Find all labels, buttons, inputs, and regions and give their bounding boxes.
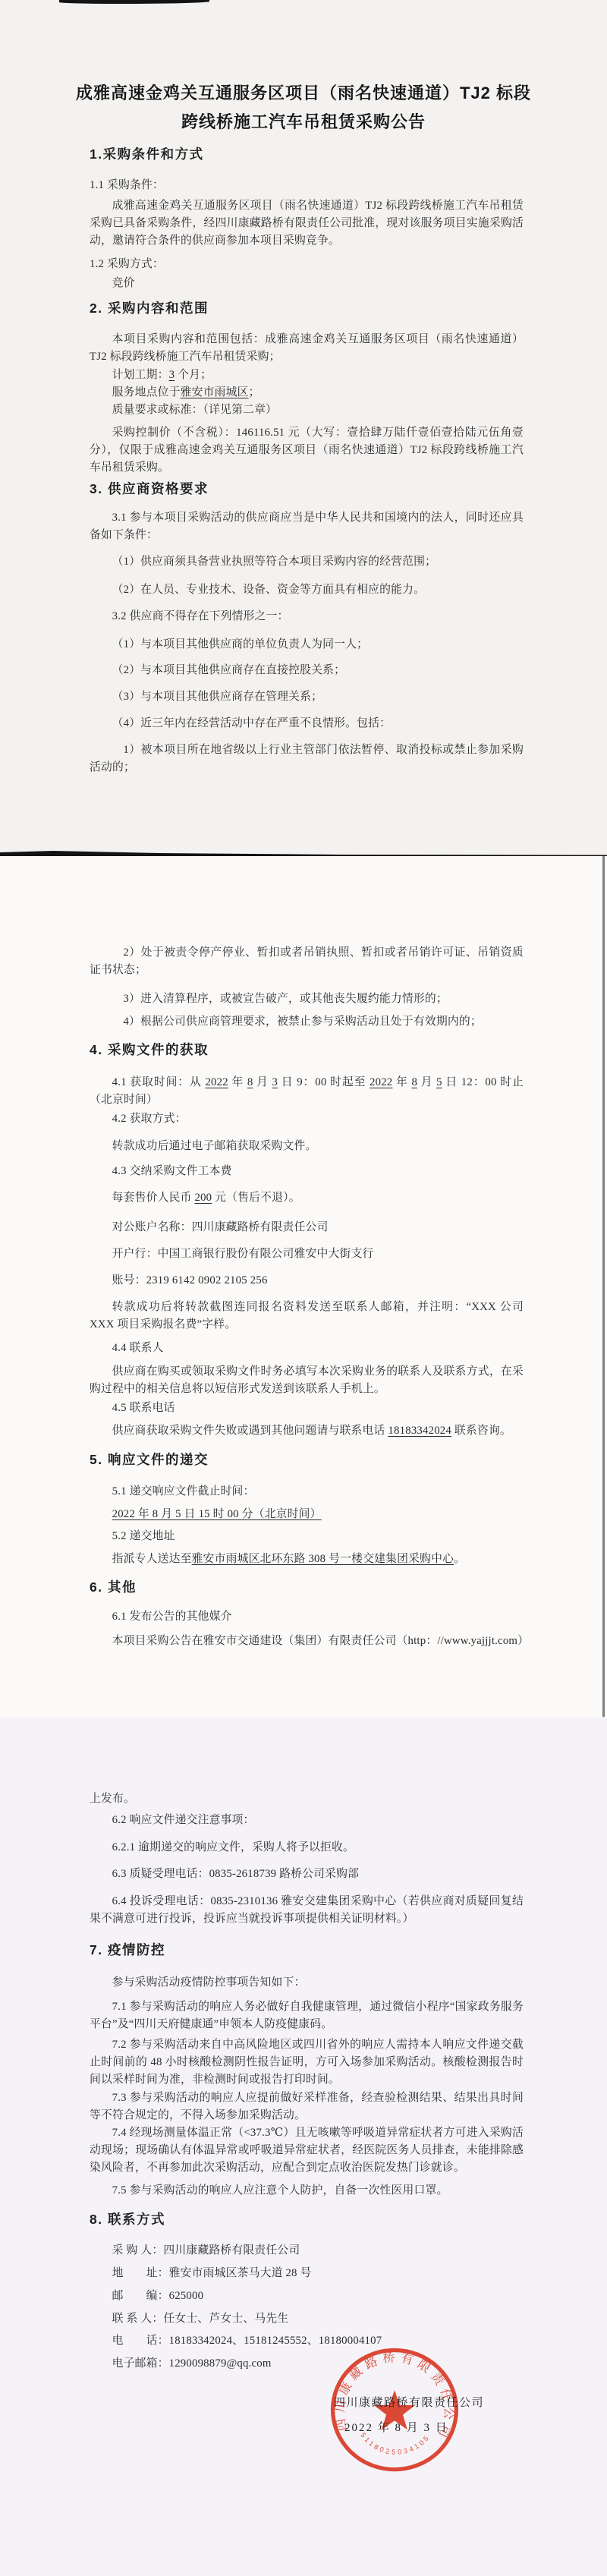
contact-person-paragraph: 供应商在购买或领取采购文件时务必填写本次采购业务的联系人及联系方式，在采购过程中… — [90, 1363, 524, 1398]
text-segment: 供应商获取采购文件失败或遇到其他问题请与联系电话 — [112, 1425, 388, 1437]
restriction-subitem: 2）处于被责令停产停业、暂扣或者吊销执照、暂扣或者吊销许可证、吊销资质证书状态； — [90, 944, 524, 979]
account-number-line: 账号：2319 6142 0902 2105 256 — [90, 1272, 524, 1290]
restriction-item: （1）与本项目其他供应商的单位负责人为同一人； — [90, 636, 524, 653]
deadline-line: 2022 年 8 月 5 日 15 时 00 分（北京时间） — [90, 1506, 524, 1523]
announcement-media-line: 本项目采购公告在雅安市交通建设（集团）有限责任公司（http：//www.yaj… — [90, 1633, 524, 1650]
section-4-4-label: 4.4 联系人 — [90, 1340, 524, 1357]
contact-row-postcode: 邮 编：625000 — [90, 2288, 524, 2305]
epidemic-item-7-3: 7.3 参与采购活动的响应人应提前做好采样准备，经查验检测结果、结果出具时间等不… — [90, 2089, 524, 2124]
signature-company: 四川康藏路桥有限责任公司 — [334, 2395, 484, 2411]
contact-label: 邮 编： — [112, 2290, 169, 2302]
planned-duration-line: 计划工期：3 个月； — [90, 367, 524, 384]
section-6-heading: 6. 其他 — [90, 1578, 545, 1596]
epidemic-item-7-2: 7.2 参与采购活动来自中高风险地区或四川省外的响应人需持本人响应文件递交截止时… — [90, 2036, 524, 2089]
restriction-subitem: 4）根据公司供应商管理要求，被禁止参与采购活动且处于有效期内的； — [90, 1013, 524, 1031]
contact-phone-line: 供应商获取采购文件失败或遇到其他问题请与联系电话 18183342024 联系咨… — [90, 1422, 524, 1440]
delivery-address-line: 指派专人送达至雅安市雨城区北环东路 308 号一楼交建集团采购中心。 — [90, 1551, 524, 1568]
contact-value: 任女士、芦女士、马先生 — [163, 2313, 288, 2325]
text-segment: 指派专人送达至 — [112, 1553, 192, 1565]
contact-value: 雅安市雨城区茶马大道 28 号 — [169, 2267, 312, 2279]
text-segment: 月 — [253, 1076, 272, 1088]
text-segment: 联系咨询。 — [451, 1425, 511, 1437]
text-segment: 8 — [411, 1076, 417, 1088]
contact-label: 电子邮箱： — [112, 2357, 169, 2370]
text-segment: 元（售后不退）。 — [212, 1192, 300, 1204]
section-5-heading: 5. 响应文件的递交 — [90, 1450, 545, 1469]
restriction-item: （4）近三年内在经营活动中存在严重不良情形。包括： — [90, 715, 524, 732]
text-segment: 18183342024 — [388, 1425, 451, 1437]
contact-label: 电 话： — [112, 2335, 169, 2347]
qualification-item: （1）供应商须具备营业执照等符合本项目采购内容的经营范围； — [90, 553, 524, 571]
contact-row-purchaser: 采 购 人：四川康藏路桥有限责任公司 — [90, 2242, 524, 2260]
obtain-method-line: 转款成功后通过电子邮箱获取采购文件。 — [90, 1138, 524, 1155]
text-segment: ； — [249, 386, 260, 398]
section-1-2-label: 1.2 采购方式： — [90, 256, 524, 273]
document-fee-line: 每套售价人民币 200 元（售后不退）。 — [90, 1189, 524, 1207]
doc-title-line-1: 成雅高速金鸡关互通服务区项目（雨名快速通道）TJ2 标段 — [0, 82, 607, 105]
quality-requirement-line: 质量要求或标准：（详见第二章） — [90, 402, 524, 419]
qualification-item: （2）在人员、专业技术、设备、资金等方面具有相应的能力。 — [90, 581, 524, 599]
text-segment: 每套售价人民币 — [112, 1192, 195, 1204]
continuation-line: 上发布。 — [90, 1790, 524, 1808]
epidemic-item-7-5: 7.5 参与采购活动的响应人应注意个人防护，自备一次性医用口罩。 — [90, 2182, 524, 2200]
section-6-2-1-line: 6.2.1 逾期递交的响应文件，采购人将予以拒收。 — [90, 1839, 524, 1856]
text-segment: 3 — [272, 1076, 278, 1088]
text-segment: 个月； — [175, 369, 212, 381]
section-4-5-label: 4.5 联系电话 — [90, 1400, 524, 1417]
signature-date: 2022 年 8 月 3 日 — [344, 2420, 448, 2436]
section-1-heading: 1.采购条件和方式 — [90, 145, 545, 163]
text-segment: 5 — [436, 1076, 442, 1088]
text-segment: 2022 — [370, 1076, 392, 1088]
inquiry-phone-line: 6.3 质疑受理电话：0835-2618739 路桥公司采购部 — [90, 1866, 524, 1883]
section-5-2-label: 5.2 递交地址 — [90, 1528, 524, 1545]
text-segment: 雅安市雨城区北环东路 308 号一楼交建集团采购中心 — [192, 1553, 454, 1565]
section-6-2-label: 6.2 响应文件递交注意事项： — [90, 1812, 524, 1829]
contact-value: 625000 — [169, 2290, 204, 2302]
contact-label: 地 址： — [112, 2267, 169, 2279]
restriction-subitem: 1）被本项目所在地省级以上行业主管部门依法暂停、取消投标或禁止参加采购活动的； — [90, 742, 524, 776]
section-5-1-label: 5.1 递交响应文件截止时间： — [90, 1483, 524, 1501]
text-segment: 月 — [417, 1076, 436, 1088]
complaint-phone-paragraph: 6.4 投诉受理电话：0835-2310136 雅安交建集团采购中心（若供应商对… — [90, 1893, 524, 1928]
section-8-heading: 8. 联系方式 — [90, 2210, 545, 2228]
contact-value: 四川康藏路桥有限责任公司 — [163, 2244, 300, 2256]
section-6-1-label: 6.1 发布公告的其他媒介 — [90, 1608, 524, 1626]
control-price-paragraph: 采购控制价（不含税）：146116.51 元（大写：壹拾肆万陆仟壹佰壹拾陆元伍角… — [90, 424, 524, 477]
text-segment: 年 — [392, 1076, 411, 1088]
section-4-3-label: 4.3 交纳采购文件工本费 — [90, 1163, 524, 1180]
text-segment: 雅安市雨城区 — [181, 386, 249, 398]
text-segment: 8 — [247, 1076, 253, 1088]
contact-label: 采 购 人： — [112, 2244, 164, 2256]
text-segment: 。 — [454, 1553, 465, 1565]
obtain-time-paragraph: 4.1 获取时间：从 2022 年 8 月 3 日 9：00 时起至 2022 … — [90, 1074, 524, 1109]
text-segment: 2022 年 8 月 5 日 15 时 00 分（北京时间） — [112, 1508, 322, 1520]
restriction-item: （3）与本项目其他供应商存在管理关系； — [90, 688, 524, 706]
section-3-heading: 3. 供应商资格要求 — [90, 480, 545, 498]
contact-row-person: 联 系 人：任女士、芦女士、马先生 — [90, 2310, 524, 2328]
section-2-heading: 2. 采购内容和范围 — [90, 299, 545, 317]
contact-value: 1290098879@qq.com — [169, 2357, 272, 2370]
section-4-heading: 4. 采购文件的获取 — [90, 1041, 545, 1059]
section-3-2-label: 3.2 供应商不得存在下列情形之一： — [90, 608, 524, 625]
transfer-note-paragraph: 转款成功后将转款截图连同报名资料发送至联系人邮箱，并注明：“XXX 公司 XXX… — [90, 1299, 524, 1334]
bank-line: 开户行：中国工商银行股份有限公司雅安中大街支行 — [90, 1245, 524, 1263]
section-1-1-paragraph: 成雅高速金鸡关互通服务区项目（雨名快速通道）TJ2 标段跨线桥施工汽车吊租赁采购… — [90, 197, 524, 250]
epidemic-intro-line: 参与采购活动疫情防控事项告知如下： — [90, 1974, 524, 1992]
contact-label: 联 系 人： — [112, 2313, 164, 2325]
text-segment: 2022 — [205, 1076, 228, 1088]
scope-paragraph: 本项目采购内容和范围包括：成雅高速金鸡关互通服务区项目（雨名快速通道）TJ2 标… — [90, 331, 524, 366]
account-name-line: 对公账户名称：四川康藏路桥有限责任公司 — [90, 1219, 524, 1236]
text-segment: 200 — [194, 1192, 212, 1204]
doc-title-line-2: 跨线桥施工汽车吊租赁采购公告 — [0, 111, 607, 134]
text-segment: 服务地点位于 — [112, 386, 181, 398]
section-4-2-label: 4.2 获取方式： — [90, 1110, 524, 1128]
procurement-method-value: 竞价 — [90, 275, 524, 292]
text-segment: 年 — [228, 1076, 247, 1088]
text-segment: 日 9：00 时起至 — [278, 1076, 370, 1088]
restriction-item: （2）与本项目其他供应商存在直接控股关系； — [90, 662, 524, 679]
service-location-line: 服务地点位于雅安市雨城区； — [90, 384, 524, 402]
epidemic-item-7-4: 7.4 经现场测量体温正常（<37.3℃）且无咳嗽等呼吸道异常症状者方可进入采购… — [90, 2124, 524, 2177]
text-segment: 4.1 获取时间：从 — [112, 1076, 206, 1088]
scanned-document: 成雅高速金鸡关互通服务区项目（雨名快速通道）TJ2 标段 跨线桥施工汽车吊租赁采… — [0, 0, 607, 2576]
epidemic-item-7-1: 7.1 参与采购活动的响应人务必做好自我健康管理，通过微信小程序“国家政务服务平… — [90, 1998, 524, 2033]
contact-row-address: 地 址：雅安市雨城区茶马大道 28 号 — [90, 2265, 524, 2282]
company-seal: 四川康藏路桥有限责任公司 5118025034105 — [326, 2344, 464, 2477]
section-7-heading: 7. 疫情防控 — [90, 1941, 545, 1959]
text-segment: 计划工期： — [112, 369, 169, 381]
section-1-1-label: 1.1 采购条件： — [90, 177, 524, 194]
restriction-subitem: 3）进入清算程序，或被宣告破产，或其他丧失履约能力情形的； — [90, 990, 524, 1008]
section-3-1-paragraph: 3.1 参与本项目采购活动的供应商应当是中华人民共和国境内的法人，同时还应具备如… — [90, 509, 524, 544]
